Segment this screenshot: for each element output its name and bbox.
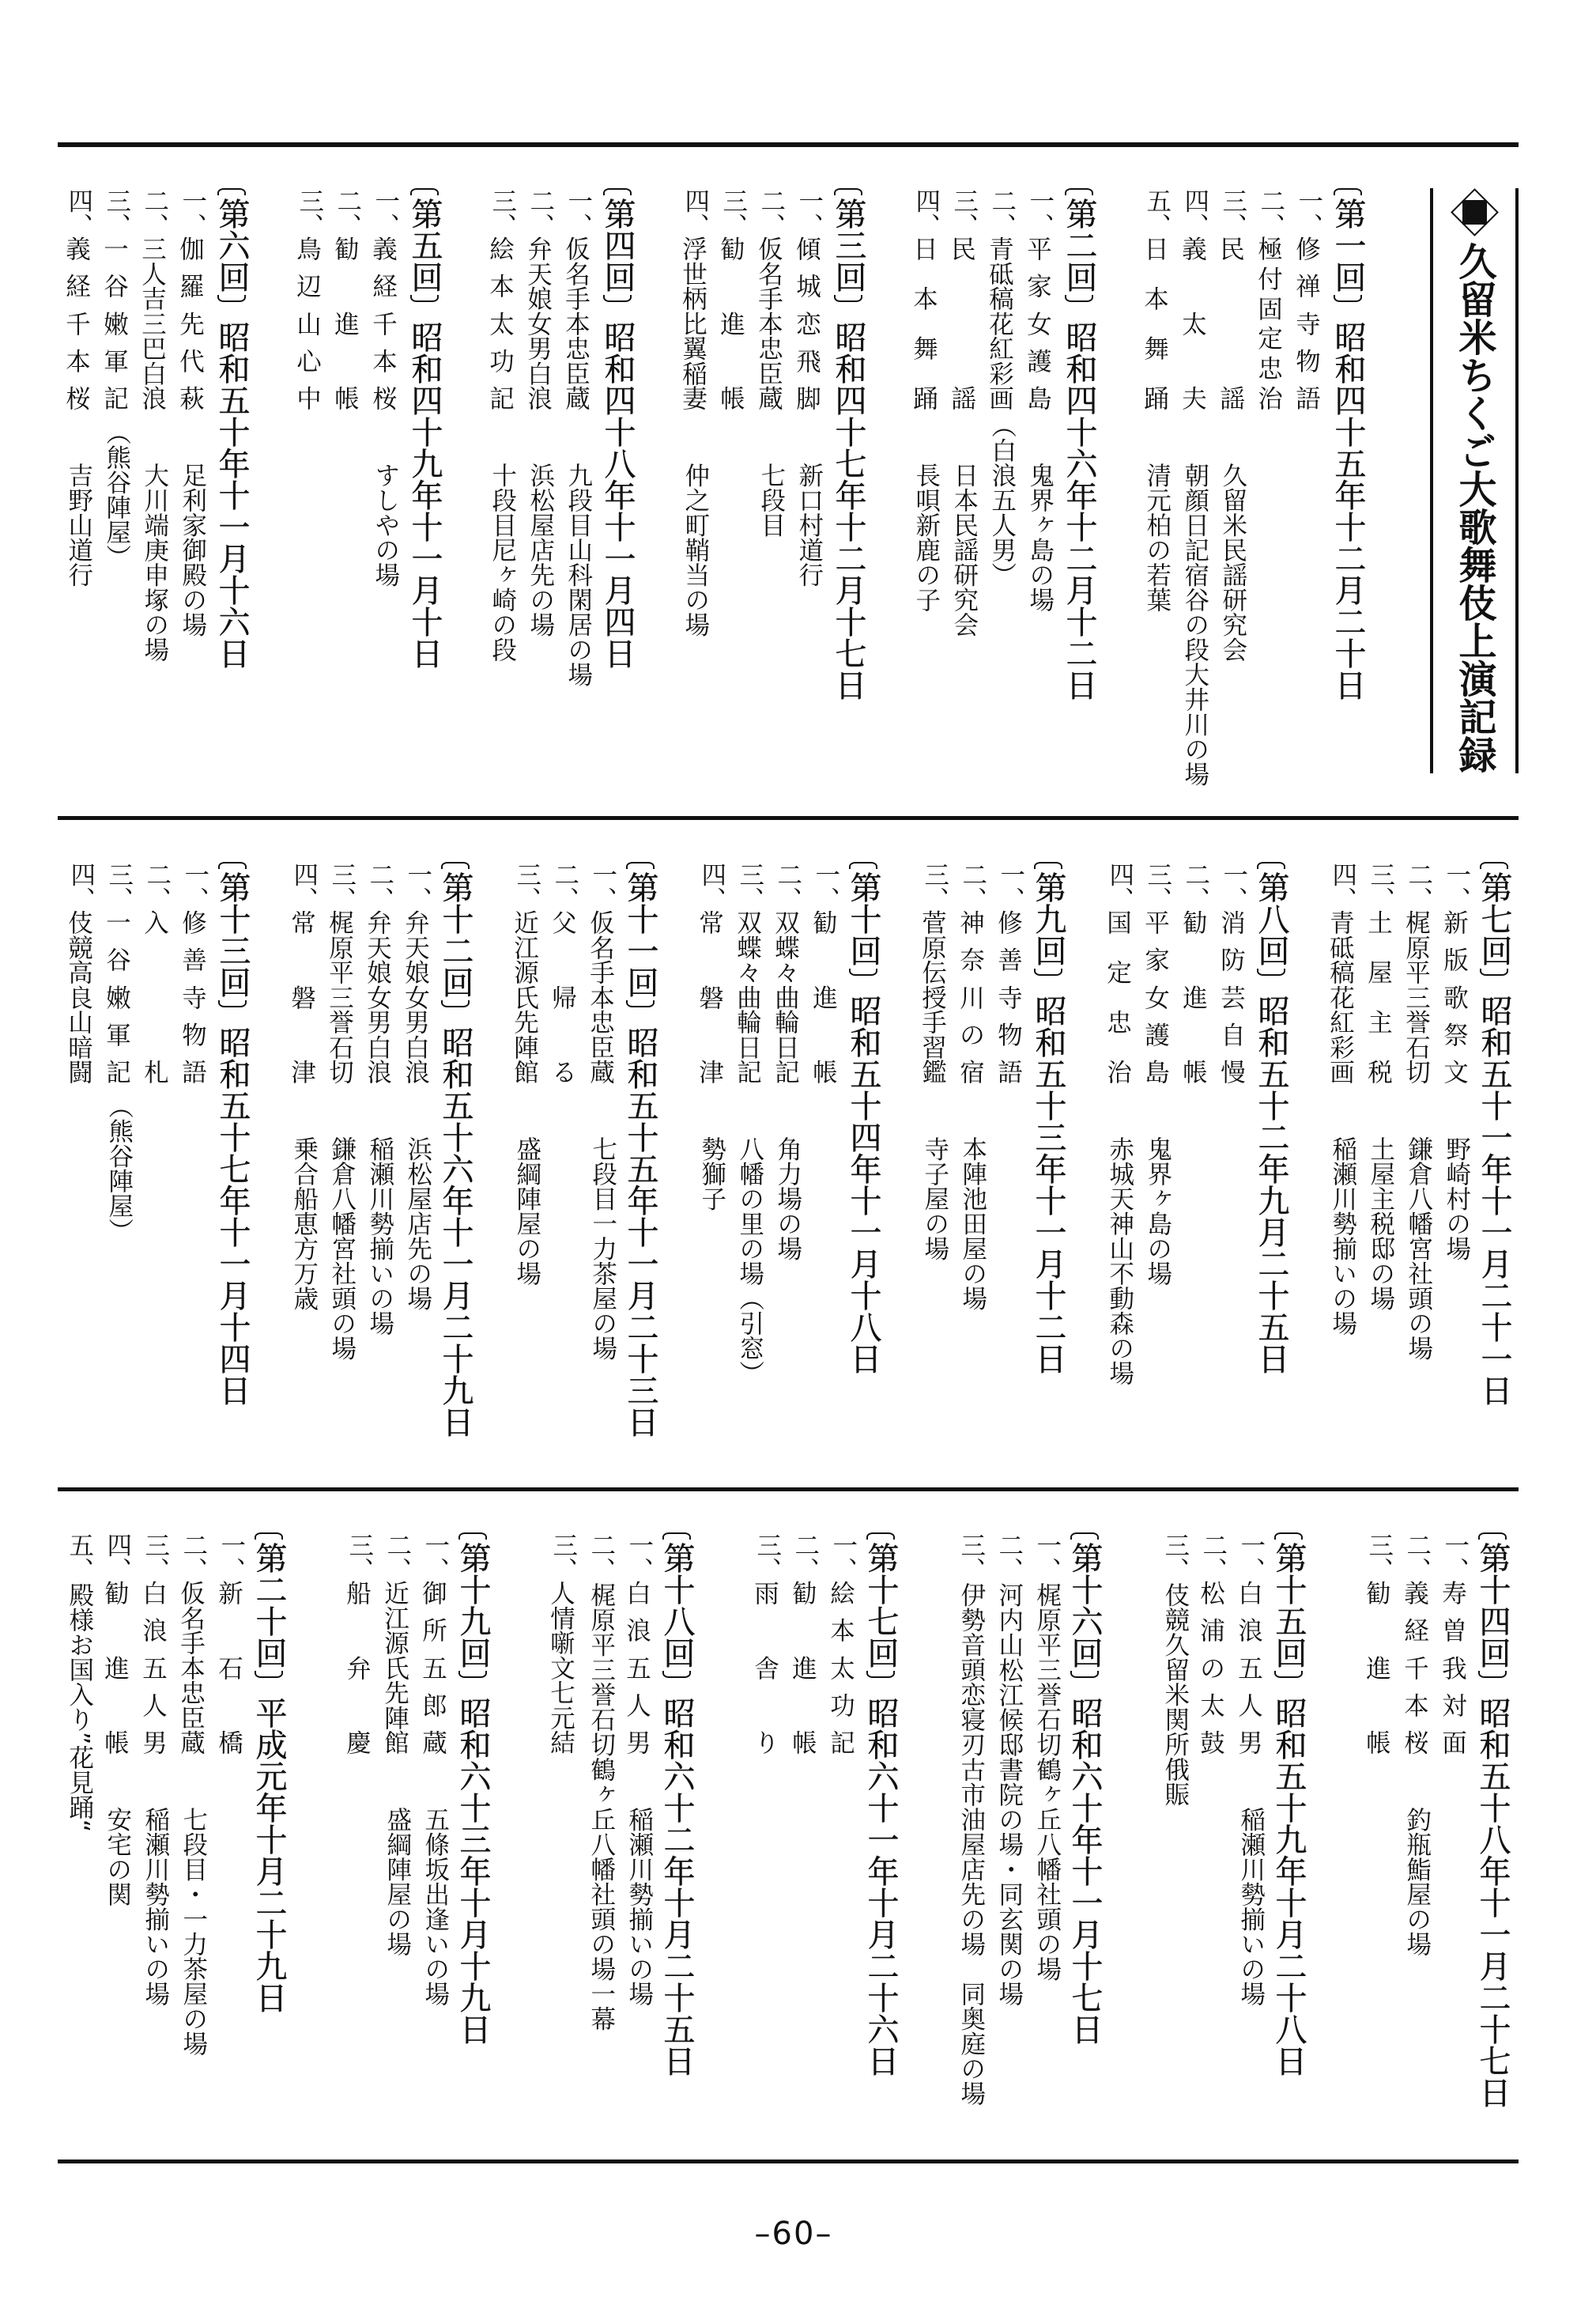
play-title: 御所五郎蔵 xyxy=(422,1582,447,1757)
session-header: 第八回 昭和五十二年九月二十五日 xyxy=(1252,862,1290,1374)
session-number: 第一回 xyxy=(1332,198,1364,293)
play-title: 梶原平三誉石切 xyxy=(1405,912,1431,1086)
item-number: 一、 xyxy=(1443,862,1469,912)
bracket-close-icon xyxy=(626,1000,655,1007)
bracket-open-icon xyxy=(1334,188,1362,195)
program-item: 五、 殿様お国入り ”花見踊“ xyxy=(60,1532,98,1832)
play-title: 一谷嫩軍記 xyxy=(106,912,131,1086)
performance-date: 昭和五十九年十月二十八日 xyxy=(1273,1697,1304,2076)
play-title: 勧進帳 xyxy=(720,238,745,413)
band-3: 第十四回 昭和五十八年十一月二十七日 一、 寿曽我対面 二、 義経千本桜 釣瓶鮨… xyxy=(60,1532,1519,2108)
bracket-open-icon xyxy=(1274,1532,1303,1540)
scene-name: 稲瀬川勢揃いの場 xyxy=(1238,1807,1263,2006)
performance-18: 第十八回 昭和六十二年十月二十五日 一、 白浪五人男 稲瀬川勢揃いの場 二、 梶… xyxy=(544,1532,696,2076)
bracket-open-icon xyxy=(1257,862,1285,869)
program-item: 三、 雨舎り xyxy=(748,1532,786,1757)
play-title: 仮名手本忠臣蔵 xyxy=(565,238,590,413)
session-header: 第一回 昭和四十五年十二月二十日 xyxy=(1327,188,1368,701)
item-number: 一、 xyxy=(372,188,398,238)
program-item: 一、 義経千本桜 すしやの場 xyxy=(366,188,404,587)
program-item: 四、 国定忠治 赤城天神山不動森の場 xyxy=(1100,862,1138,1385)
item-number: 三、 xyxy=(1366,1532,1391,1582)
play-title: 梶原平三誉石切 xyxy=(329,912,354,1086)
page-number: –60– xyxy=(715,2214,873,2254)
program-item: 四、 常磐津 乗合船恵方万歳 xyxy=(285,862,323,1310)
item-number: 二、 xyxy=(1404,1532,1429,1582)
item-number: 二、 xyxy=(960,862,985,912)
program-item: 二、 義経千本桜 釣瓶鮨屋の場 xyxy=(1398,1532,1436,1956)
scene-name: 五條坂出逢いの場 xyxy=(422,1807,447,2006)
program-item: 三、 菅原伝授手習鑑 寺子屋の場 xyxy=(915,862,953,1260)
item-number: 三、 xyxy=(514,862,539,912)
program-item: 一、 白浪五人男 稲瀬川勢揃いの場 xyxy=(620,1532,658,2006)
bracket-close-icon xyxy=(603,295,632,302)
top-rule xyxy=(58,142,1519,147)
item-number: 四、 xyxy=(1330,862,1355,912)
item-number: 四、 xyxy=(291,862,316,912)
session-header: 第十八回 昭和六十二年十月二十五日 xyxy=(658,1532,696,2076)
performance-date: 昭和四十六年十二月十二日 xyxy=(1063,321,1095,701)
session-number: 第十九回 xyxy=(457,1542,489,1668)
item-number: 一、 xyxy=(830,1532,855,1582)
play-title: 青砥稿花紅彩画 xyxy=(1330,912,1355,1086)
performance-7: 第七回 昭和五十一年十一月二十一日 一、 新版歌祭文 野崎村の場 二、 梶原平三… xyxy=(1323,862,1513,1406)
program-item: 一、 白浪五人男 稲瀬川勢揃いの場 xyxy=(1232,1532,1270,2006)
performance-20: 第二十回 平成元年十月二十九日 一、 新石橋 二、 仮名手本忠臣蔵 七段目・一力… xyxy=(60,1532,288,2056)
item-number: 一、 xyxy=(1442,1532,1467,1582)
play-title: 入札 xyxy=(144,912,169,1086)
scene-name: 七段目一力茶屋の場 xyxy=(590,1136,615,1361)
program-item: 二、 入札 xyxy=(138,862,175,1086)
play-note: （熊谷陣屋） xyxy=(104,420,129,569)
program-item: 三、 絵本太功記 十段目尼ヶ崎の段 xyxy=(483,188,521,662)
play-title: 義太夫 xyxy=(1182,238,1207,413)
play-title: 勧進帳 xyxy=(813,912,838,1086)
program-item: 一、 仮名手本忠臣蔵 九段目山科閑居の場 xyxy=(559,188,597,686)
program-item: 二、 三人吉三巴白浪 大川端庚申塚の場 xyxy=(135,188,173,662)
play-title: 義経千本桜 xyxy=(372,238,398,413)
play-title: 殿様お国入り xyxy=(66,1582,92,1732)
play-title: 近江源氏先陣館 xyxy=(384,1582,409,1757)
performance-2: 第二回 昭和四十六年十二月十二日 一、 平家女護島 鬼界ヶ島の場 二、 青砥稿花… xyxy=(907,188,1100,701)
play-title: 絵本太功記 xyxy=(830,1582,855,1757)
session-number: 第四回 xyxy=(602,198,633,293)
play-title: 仮名手本忠臣蔵 xyxy=(180,1582,206,1757)
item-number: 三、 xyxy=(142,1532,168,1582)
bracket-open-icon xyxy=(849,862,877,869)
program-item: 三、 双蝶々曲輪日記 八幡の里の場（引窓） xyxy=(730,862,768,1385)
bracket-open-icon xyxy=(218,862,247,869)
bracket-open-icon xyxy=(1034,862,1062,869)
performance-1: 第一回 昭和四十五年十二月二十日 一、 修禅寺物語 二、 極付固定忠治 三、 民… xyxy=(1138,188,1368,786)
play-title: 新版歌祭文 xyxy=(1443,912,1469,1086)
item-number: 一、 xyxy=(796,188,821,238)
play-title: 神奈川の宿 xyxy=(960,912,985,1086)
black-square-icon xyxy=(1462,200,1487,225)
play-title: 弁天娘女男白浪 xyxy=(367,912,392,1086)
bracket-open-icon xyxy=(626,862,655,869)
play-title: 梶原平三誉石切 xyxy=(1034,1582,1059,1757)
scene-name: すしやの場 xyxy=(372,463,398,588)
scene-name: 七段目・一力茶屋の場 xyxy=(180,1807,206,2056)
program-item: 四、 義太夫 朝顔日記宿谷の段大井川の場 xyxy=(1175,188,1213,786)
program-item: 一、 新石橋 xyxy=(212,1532,250,1757)
bracket-open-icon xyxy=(662,1532,691,1540)
play-title: 常磐津 xyxy=(291,912,316,1086)
item-number: 五、 xyxy=(66,1532,92,1582)
play-title: 極付固定忠治 xyxy=(1258,238,1283,413)
program-item: 一、 仮名手本忠臣蔵 七段目一力茶屋の場 xyxy=(583,862,621,1360)
item-number: 四、 xyxy=(66,188,91,238)
play-title: 菅原伝授手習鑑 xyxy=(922,912,947,1086)
program-item: 二、 勧進帳 xyxy=(1176,862,1214,1086)
scene-name: 稲瀬川勢揃いの場 xyxy=(1330,1136,1355,1336)
scene-name: 鶴ヶ丘八幡社頭の場一幕 xyxy=(588,1757,613,2031)
program-item: 三、 梶原平三誉石切 鎌倉八幡宮社頭の場 xyxy=(323,862,360,1360)
scene-name: 久留米民謡研究会 xyxy=(1220,463,1245,662)
play-title: 白浪五人男 xyxy=(142,1582,168,1757)
performance-8: 第八回 昭和五十二年九月二十五日 一、 消防芸自慢 二、 勧進帳 三、 平家女護… xyxy=(1100,862,1290,1385)
play-title: 伽羅先代萩 xyxy=(179,238,205,413)
scene-name: 土屋主税邸の場 xyxy=(1368,1136,1393,1311)
bracket-open-icon xyxy=(603,188,632,195)
play-title: 新石橋 xyxy=(218,1582,243,1757)
item-number: 三、 xyxy=(951,188,976,238)
program-item: 二、 父帰る xyxy=(545,862,583,1086)
play-title: 三人吉三巴白浪 xyxy=(141,238,167,413)
session-number: 第六回 xyxy=(216,198,247,293)
scene-name: 足利家御殿の場 xyxy=(179,463,205,637)
scene-name: 日本民謡研究会 xyxy=(951,463,976,637)
play-title: 常磐津 xyxy=(699,912,724,1086)
play-title: 雨舎り xyxy=(754,1582,779,1757)
item-number: 一、 xyxy=(626,1532,651,1582)
scene-name: 浜松屋店先の場 xyxy=(405,1136,430,1311)
performance-4: 第四回 昭和四十八年十一月四日 一、 仮名手本忠臣蔵 九段目山科閑居の場 二、 … xyxy=(483,188,638,686)
program-item: 三、 伊勢音頭恋寝刃 古市油屋店先の場 同奥庭の場 xyxy=(952,1532,990,2106)
scene-name: 盛綱陣屋の場 xyxy=(384,1807,409,1956)
bracket-close-icon xyxy=(255,1671,283,1678)
section-divider-1 xyxy=(58,816,1519,820)
play-title: 一谷嫩軍記 xyxy=(104,238,129,413)
program-item: 一、 平家女護島 鬼界ヶ島の場 xyxy=(1021,188,1058,612)
item-number: 一、 xyxy=(1027,188,1052,238)
item-number: 二、 xyxy=(996,1532,1021,1582)
performance-date: 昭和四十五年十二月二十日 xyxy=(1332,321,1364,701)
session-header: 第九回 昭和五十三年十一月十二日 xyxy=(1029,862,1067,1374)
program-item: 四、 勧進帳 安宅の関 xyxy=(98,1532,136,1906)
scene-name: 勢獅子 xyxy=(699,1136,724,1211)
scene-name: 本陣池田屋の場 xyxy=(960,1136,985,1311)
play-title: 梶原平三誉石切 xyxy=(588,1582,613,1757)
item-number: 一、 xyxy=(998,862,1023,912)
item-number: 一、 xyxy=(422,1532,447,1582)
session-number: 第十三回 xyxy=(217,871,248,998)
performance-date: 平成元年十月二十九日 xyxy=(253,1697,285,2013)
program-item: 二、 梶原平三誉石切 鶴ヶ丘八幡社頭の場一幕 xyxy=(582,1532,620,2031)
bracket-close-icon xyxy=(1065,295,1093,302)
play-title: 消防芸自慢 xyxy=(1221,912,1246,1086)
item-number: 三、 xyxy=(489,188,515,238)
bracket-close-icon xyxy=(1274,1671,1303,1678)
performance-19: 第十九回 昭和六十三年十月十九日 一、 御所五郎蔵 五條坂出逢いの場 二、 近江… xyxy=(340,1532,492,2045)
program-item: 三、 一谷嫩軍記 （熊谷陣屋） xyxy=(100,862,138,1243)
bracket-close-icon xyxy=(849,969,877,976)
bracket-close-icon xyxy=(834,295,862,302)
play-title: 日本舞踊 xyxy=(1144,238,1169,413)
item-number: 三、 xyxy=(754,1532,779,1582)
play-title: 勧進帳 xyxy=(104,1582,130,1757)
play-title: 修善寺物語 xyxy=(998,912,1023,1086)
play-title: 松浦の太鼓 xyxy=(1200,1582,1225,1757)
program-item: 三、 民謡 日本民謡研究会 xyxy=(945,188,983,637)
item-number: 一、 xyxy=(590,862,615,912)
bracket-close-icon xyxy=(1034,969,1062,976)
program-item: 一、 傾城恋飛脚 新口村道行 xyxy=(790,188,828,587)
bracket-close-icon xyxy=(458,1671,487,1678)
program-item: 四、 青砥稿花紅彩画 稲瀬川勢揃いの場 xyxy=(1323,862,1361,1336)
bracket-open-icon xyxy=(1070,1532,1099,1540)
bracket-close-icon xyxy=(410,295,439,302)
performance-date: 昭和五十二年九月二十五日 xyxy=(1255,995,1287,1374)
session-number: 第十八回 xyxy=(661,1542,692,1668)
performance-5: 第五回 昭和四十九年十一月十日 一、 義経千本桜 すしやの場 二、 勧進帳 三、… xyxy=(290,188,445,669)
play-title: 寿曽我対面 xyxy=(1442,1582,1467,1757)
scene-name: 鬼界ヶ島の場 xyxy=(1027,463,1052,612)
session-header: 第十回 昭和五十四年十一月十八日 xyxy=(844,862,882,1374)
item-number: 二、 xyxy=(527,188,553,238)
session-number: 第五回 xyxy=(409,198,440,293)
item-number: 三、 xyxy=(1162,1532,1187,1582)
band-1: 久留米ちくご大歌舞伎上演記録 第一回 昭和四十五年十二月二十日 一、 修禅寺物語… xyxy=(59,188,1519,786)
session-header: 第二回 昭和四十六年十二月十二日 xyxy=(1058,188,1100,701)
scene-name: 鎌倉八幡宮社頭の場 xyxy=(1405,1136,1431,1361)
play-title: 近江源氏先陣館 xyxy=(514,912,539,1086)
program-item: 四、 日本舞踊 長唄新鹿の子 xyxy=(907,188,945,612)
scene-name: 稲瀬川勢揃いの場 xyxy=(367,1136,392,1336)
play-title: 日本舞踊 xyxy=(913,238,938,413)
bracket-close-icon xyxy=(1478,1671,1507,1678)
performance-date: 昭和五十七年十一月十四日 xyxy=(217,1026,248,1406)
performance-16: 第十六回 昭和六十年十一月十七日 一、 梶原平三誉石切 鶴ヶ丘八幡社頭の場 二、… xyxy=(952,1532,1104,2106)
title-box: 久留米ちくご大歌舞伎上演記録 xyxy=(1430,188,1519,773)
item-number: 三、 xyxy=(1220,188,1245,238)
bracket-close-icon xyxy=(441,1000,470,1007)
session-number: 第十回 xyxy=(847,871,879,966)
play-title: 義経千本桜 xyxy=(66,238,91,413)
item-number: 二、 xyxy=(334,188,360,238)
play-title: 国定忠治 xyxy=(1107,912,1132,1086)
play-title: 浮世柄比翼稲妻 xyxy=(682,238,707,413)
performance-12: 第十二回 昭和五十六年十一月二十九日 一、 弁天娘女男白浪 浜松屋店先の場 二、… xyxy=(285,862,474,1438)
bracket-open-icon xyxy=(834,188,862,195)
program-item: 二、 弁天娘女男白浪 稲瀬川勢揃いの場 xyxy=(360,862,398,1336)
play-title: 勧進帳 xyxy=(1183,912,1208,1086)
performance-13: 第十三回 昭和五十七年十一月十四日 一、 修善寺物語 二、 入札 三、 一谷嫩軍… xyxy=(62,862,251,1406)
performance-date: 昭和五十年十一月十六日 xyxy=(216,321,247,669)
session-number: 第十二回 xyxy=(440,871,471,998)
bracket-close-icon xyxy=(1257,969,1285,976)
item-number: 三、 xyxy=(737,862,762,912)
bracket-open-icon xyxy=(866,1532,895,1540)
session-number: 第二回 xyxy=(1063,198,1095,293)
scene-name: 九段目山科閑居の場 xyxy=(565,463,590,687)
play-title: 平家女護島 xyxy=(1027,238,1052,413)
session-number: 第三回 xyxy=(832,198,864,293)
bracket-close-icon xyxy=(866,1671,895,1678)
session-header: 第十一回 昭和五十五年十一月二十三日 xyxy=(621,862,659,1438)
program-item: 一、 絵本太功記 xyxy=(824,1532,862,1757)
scene-name: 古市油屋店先の場 同奥庭の場 xyxy=(958,1757,983,2106)
play-title: 仮名手本忠臣蔵 xyxy=(590,912,615,1086)
bracket-open-icon xyxy=(255,1532,283,1540)
play-title: 弁天娘女男白浪 xyxy=(405,912,430,1086)
item-number: 一、 xyxy=(565,188,590,238)
item-number: 二、 xyxy=(141,188,167,238)
play-title: 青砥稿花紅彩画 xyxy=(989,238,1014,413)
item-number: 四、 xyxy=(68,862,93,912)
play-title: 白浪五人男 xyxy=(626,1582,651,1757)
session-number: 第十六回 xyxy=(1069,1542,1100,1668)
item-number: 二、 xyxy=(1258,188,1283,238)
scene-name: 鎌倉八幡宮社頭の場 xyxy=(329,1136,354,1361)
session-number: 第七回 xyxy=(1478,871,1510,966)
session-header: 第十五回 昭和五十九年十月二十八日 xyxy=(1270,1532,1307,2076)
play-title: 勧進帳 xyxy=(1366,1582,1391,1757)
item-number: 四、 xyxy=(104,1532,130,1582)
program-item: 四、 伎競高良山暗闘 xyxy=(62,862,100,1086)
play-note: （白浪五人男） xyxy=(989,413,1014,588)
performance-3: 第三回 昭和四十七年十二月十七日 一、 傾城恋飛脚 新口村道行 二、 仮名手本忠… xyxy=(676,188,869,701)
performance-date: 昭和四十八年十一月四日 xyxy=(602,321,633,669)
item-number: 二、 xyxy=(180,1532,206,1582)
item-number: 三、 xyxy=(958,1532,983,1582)
program-item: 三、 勧進帳 xyxy=(1360,1532,1398,1757)
play-title: 伊勢音頭恋寝刃 xyxy=(958,1582,983,1757)
item-number: 二、 xyxy=(144,862,169,912)
program-item: 三、 民謡 久留米民謡研究会 xyxy=(1213,188,1251,662)
item-number: 一、 xyxy=(182,862,207,912)
scene-name: 朝顔日記宿谷の段大井川の場 xyxy=(1182,463,1207,787)
scene-name: 大川端庚申塚の場 xyxy=(141,463,167,662)
session-header: 第七回 昭和五十一年十一月二十一日 xyxy=(1475,862,1513,1406)
bracket-open-icon xyxy=(1478,1532,1507,1540)
scene-name: 角力場の場 xyxy=(775,1136,800,1261)
program-item: 二、 勧進帳 xyxy=(786,1532,824,1757)
performance-6: 第六回 昭和五十年十一月十六日 一、 伽羅先代萩 足利家御殿の場 二、 三人吉三… xyxy=(59,188,252,669)
performance-15: 第十五回 昭和五十九年十月二十八日 一、 白浪五人男 稲瀬川勢揃いの場 二、 松… xyxy=(1156,1532,1307,2076)
scene-name: 吉野山道行 xyxy=(66,463,91,588)
session-header: 第十九回 昭和六十三年十月十九日 xyxy=(454,1532,492,2045)
performance-17: 第十七回 昭和六十一年十月二十六日 一、 絵本太功記 二、 勧進帳 三、 雨舎り xyxy=(748,1532,900,2076)
program-item: 三、 近江源氏先陣館 盛綱陣屋の場 xyxy=(507,862,545,1286)
session-number: 第十七回 xyxy=(865,1542,896,1668)
scene-name: 松江候邸書院の場・同玄関の場 xyxy=(996,1657,1021,2006)
play-title: 伎競久留米関所俄賑 xyxy=(1162,1582,1187,1807)
item-number: 四、 xyxy=(913,188,938,238)
item-number: 三、 xyxy=(106,862,131,912)
program-item: 一、 消防芸自慢 xyxy=(1214,862,1252,1086)
play-title: 仮名手本忠臣蔵 xyxy=(758,238,783,413)
item-number: 一、 xyxy=(218,1532,243,1582)
item-number: 一、 xyxy=(1221,862,1246,912)
scene-name: 新口村道行 xyxy=(796,463,821,588)
bracket-open-icon xyxy=(441,862,470,869)
item-number: 二、 xyxy=(1405,862,1431,912)
play-title: 鳥辺山心中 xyxy=(296,238,322,413)
item-number: 三、 xyxy=(329,862,354,912)
play-title: 修善寺物語 xyxy=(182,912,207,1086)
session-header: 第四回 昭和四十八年十一月四日 xyxy=(597,188,638,669)
program-item: 一、 梶原平三誉石切 鶴ヶ丘八幡社頭の場 xyxy=(1028,1532,1066,1981)
scene-name: 寺子屋の場 xyxy=(922,1136,947,1261)
scene-name: 仲之町鞘当の場 xyxy=(682,463,707,637)
scene-name: 釣瓶鮨屋の場 xyxy=(1404,1807,1429,1956)
program-item: 三、 一谷嫩軍記 （熊谷陣屋） xyxy=(97,188,135,569)
session-header: 第二十回 平成元年十月二十九日 xyxy=(250,1532,288,2013)
item-number: 二、 xyxy=(552,862,577,912)
program-item: 二、 河内山 松江候邸書院の場・同玄関の場 xyxy=(990,1532,1028,2006)
program-item: 三、 平家女護島 鬼界ヶ島の場 xyxy=(1138,862,1176,1286)
session-header: 第十四回 昭和五十八年十一月二十七日 xyxy=(1473,1532,1511,2108)
item-number: 四、 xyxy=(699,862,724,912)
program-item: 一、 修善寺物語 xyxy=(175,862,213,1086)
session-number: 第八回 xyxy=(1255,871,1287,966)
program-item: 三、 鳥辺山心中 xyxy=(290,188,328,413)
performance-date: 昭和六十一年十月二十六日 xyxy=(865,1697,896,2076)
band-2: 第七回 昭和五十一年十一月二十一日 一、 新版歌祭文 野崎村の場 二、 梶原平三… xyxy=(62,862,1519,1438)
play-title: 伎競高良山暗闘 xyxy=(68,912,93,1086)
item-number: 四、 xyxy=(1107,862,1132,912)
session-number: 第十五回 xyxy=(1273,1542,1304,1668)
scene-name: 八幡の里の場（引窓） xyxy=(737,1136,762,1385)
play-title: 河内山 xyxy=(996,1582,1021,1657)
performance-date: 昭和六十二年十月二十五日 xyxy=(661,1697,692,2076)
program-item: 一、 伽羅先代萩 足利家御殿の場 xyxy=(173,188,211,637)
scene-name: 安宅の関 xyxy=(104,1807,130,1906)
scene-name: 清元柏の若葉 xyxy=(1144,463,1169,612)
item-number: 三、 xyxy=(720,188,745,238)
item-number: 三、 xyxy=(1145,862,1170,912)
bracket-close-icon xyxy=(217,295,246,302)
performance-date: 昭和四十七年十二月十七日 xyxy=(832,321,864,701)
program-item: 一、 修禅寺物語 xyxy=(1289,188,1327,413)
bracket-close-icon xyxy=(1070,1671,1099,1678)
scene-name: ”花見踊“ xyxy=(66,1732,92,1832)
bracket-close-icon xyxy=(1480,969,1508,976)
program-item: 二、 仮名手本忠臣蔵 七段目 xyxy=(752,188,790,537)
program-item: 三、 白浪五人男 稲瀬川勢揃いの場 xyxy=(136,1532,174,2006)
bracket-open-icon xyxy=(1480,862,1508,869)
play-title: 勧進帳 xyxy=(792,1582,817,1757)
item-number: 四、 xyxy=(682,188,707,238)
session-header: 第十三回 昭和五十七年十一月十四日 xyxy=(213,862,251,1406)
play-note: （熊谷陣屋） xyxy=(106,1094,131,1243)
scene-name: 盛綱陣屋の場 xyxy=(514,1136,539,1286)
performance-date: 昭和五十四年十一月十八日 xyxy=(847,995,879,1374)
item-number: 一、 xyxy=(1238,1532,1263,1582)
scene-name: 十段目尼ヶ崎の段 xyxy=(489,463,515,662)
play-title: 修禅寺物語 xyxy=(1296,238,1321,413)
scene-name: 稲瀬川勢揃いの場 xyxy=(626,1807,651,2006)
play-title: 絵本太功記 xyxy=(489,238,515,413)
scene-name: 乗合船恵方万歳 xyxy=(291,1136,316,1311)
performance-date: 昭和五十一年十一月二十一日 xyxy=(1478,995,1510,1406)
program-item: 二、 神奈川の宿 本陣池田屋の場 xyxy=(953,862,991,1310)
performance-14: 第十四回 昭和五十八年十一月二十七日 一、 寿曽我対面 二、 義経千本桜 釣瓶鮨… xyxy=(1360,1532,1511,2108)
play-title: 人情噺文七元結 xyxy=(550,1582,575,1757)
item-number: 三、 xyxy=(104,188,129,238)
